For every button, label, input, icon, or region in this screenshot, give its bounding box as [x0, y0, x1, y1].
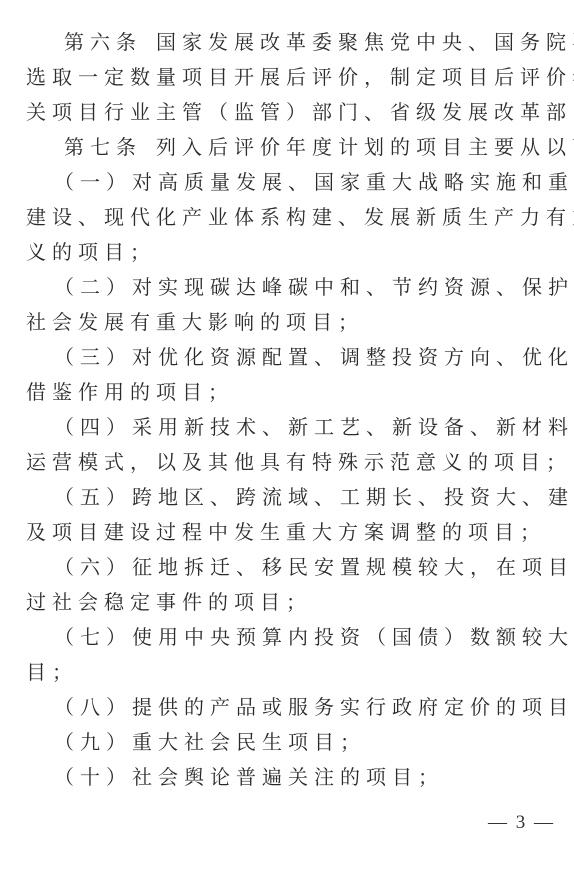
item-7-line-2: 目；	[26, 655, 556, 690]
item-1-line-2: 建设、现代化产业体系构建、发展新质生产力有重大支撑和示范意	[26, 200, 556, 235]
article-6-label: 第六条	[64, 30, 142, 54]
item-8: （八）提供的产品或服务实行政府定价的项目；	[26, 690, 556, 725]
item-9: （九）重大社会民生项目；	[26, 725, 556, 760]
article-7-line-1: 第七条列入后评价年度计划的项目主要从以下项目中选择：	[26, 130, 556, 165]
article-6-line-3: 关项目行业主管（监管）部门、省级发展改革部门和项目单位。	[26, 95, 556, 130]
article-7-text: 列入后评价年度计划的项目主要从以下项目中选择：	[156, 135, 574, 159]
item-2-line-2: 社会发展有重大影响的项目；	[26, 305, 556, 340]
item-1-line-1: （一）对高质量发展、国家重大战略实施和重点领域安全能力	[26, 165, 556, 200]
item-5-line-2: 及项目建设过程中发生重大方案调整的项目；	[26, 515, 556, 550]
article-7-label: 第七条	[64, 135, 142, 159]
article-6-line-2: 选取一定数量项目开展后评价，制定项目后评价年度计划，印送有	[26, 60, 556, 95]
item-7-line-1: （七）使用中央预算内投资（国债）数额较大且比例较高的项	[26, 620, 556, 655]
item-2-line-1: （二）对实现碳达峰碳中和、节约资源、保护生态环境、促进	[26, 270, 556, 305]
item-4-line-1: （四）采用新技术、新工艺、新设备、新材料、新型投融资和	[26, 410, 556, 445]
page-number: — 3 —	[488, 812, 555, 834]
item-3-line-2: 借鉴作用的项目；	[26, 375, 556, 410]
article-6-line-1: 第六条国家发展改革委聚焦党中央、国务院决策部署，每年	[26, 25, 556, 60]
article-6-text: 国家发展改革委聚焦党中央、国务院决策部署，每年	[156, 30, 574, 54]
document-page: 第六条国家发展改革委聚焦党中央、国务院决策部署，每年 选取一定数量项目开展后评价…	[26, 25, 556, 795]
item-10: （十）社会舆论普遍关注的项目；	[26, 760, 556, 795]
item-5-line-1: （五）跨地区、跨流域、工期长、投资大、建设条件复杂，以	[26, 480, 556, 515]
item-6-line-2: 过社会稳定事件的项目；	[26, 585, 556, 620]
item-4-line-2: 运营模式，以及其他具有特殊示范意义的项目；	[26, 445, 556, 480]
item-6-line-1: （六）征地拆迁、移民安置规模较大，在项目实施过程中发生	[26, 550, 556, 585]
item-3-line-1: （三）对优化资源配置、调整投资方向、优化重大布局有重要	[26, 340, 556, 375]
item-1-line-3: 义的项目；	[26, 235, 556, 270]
